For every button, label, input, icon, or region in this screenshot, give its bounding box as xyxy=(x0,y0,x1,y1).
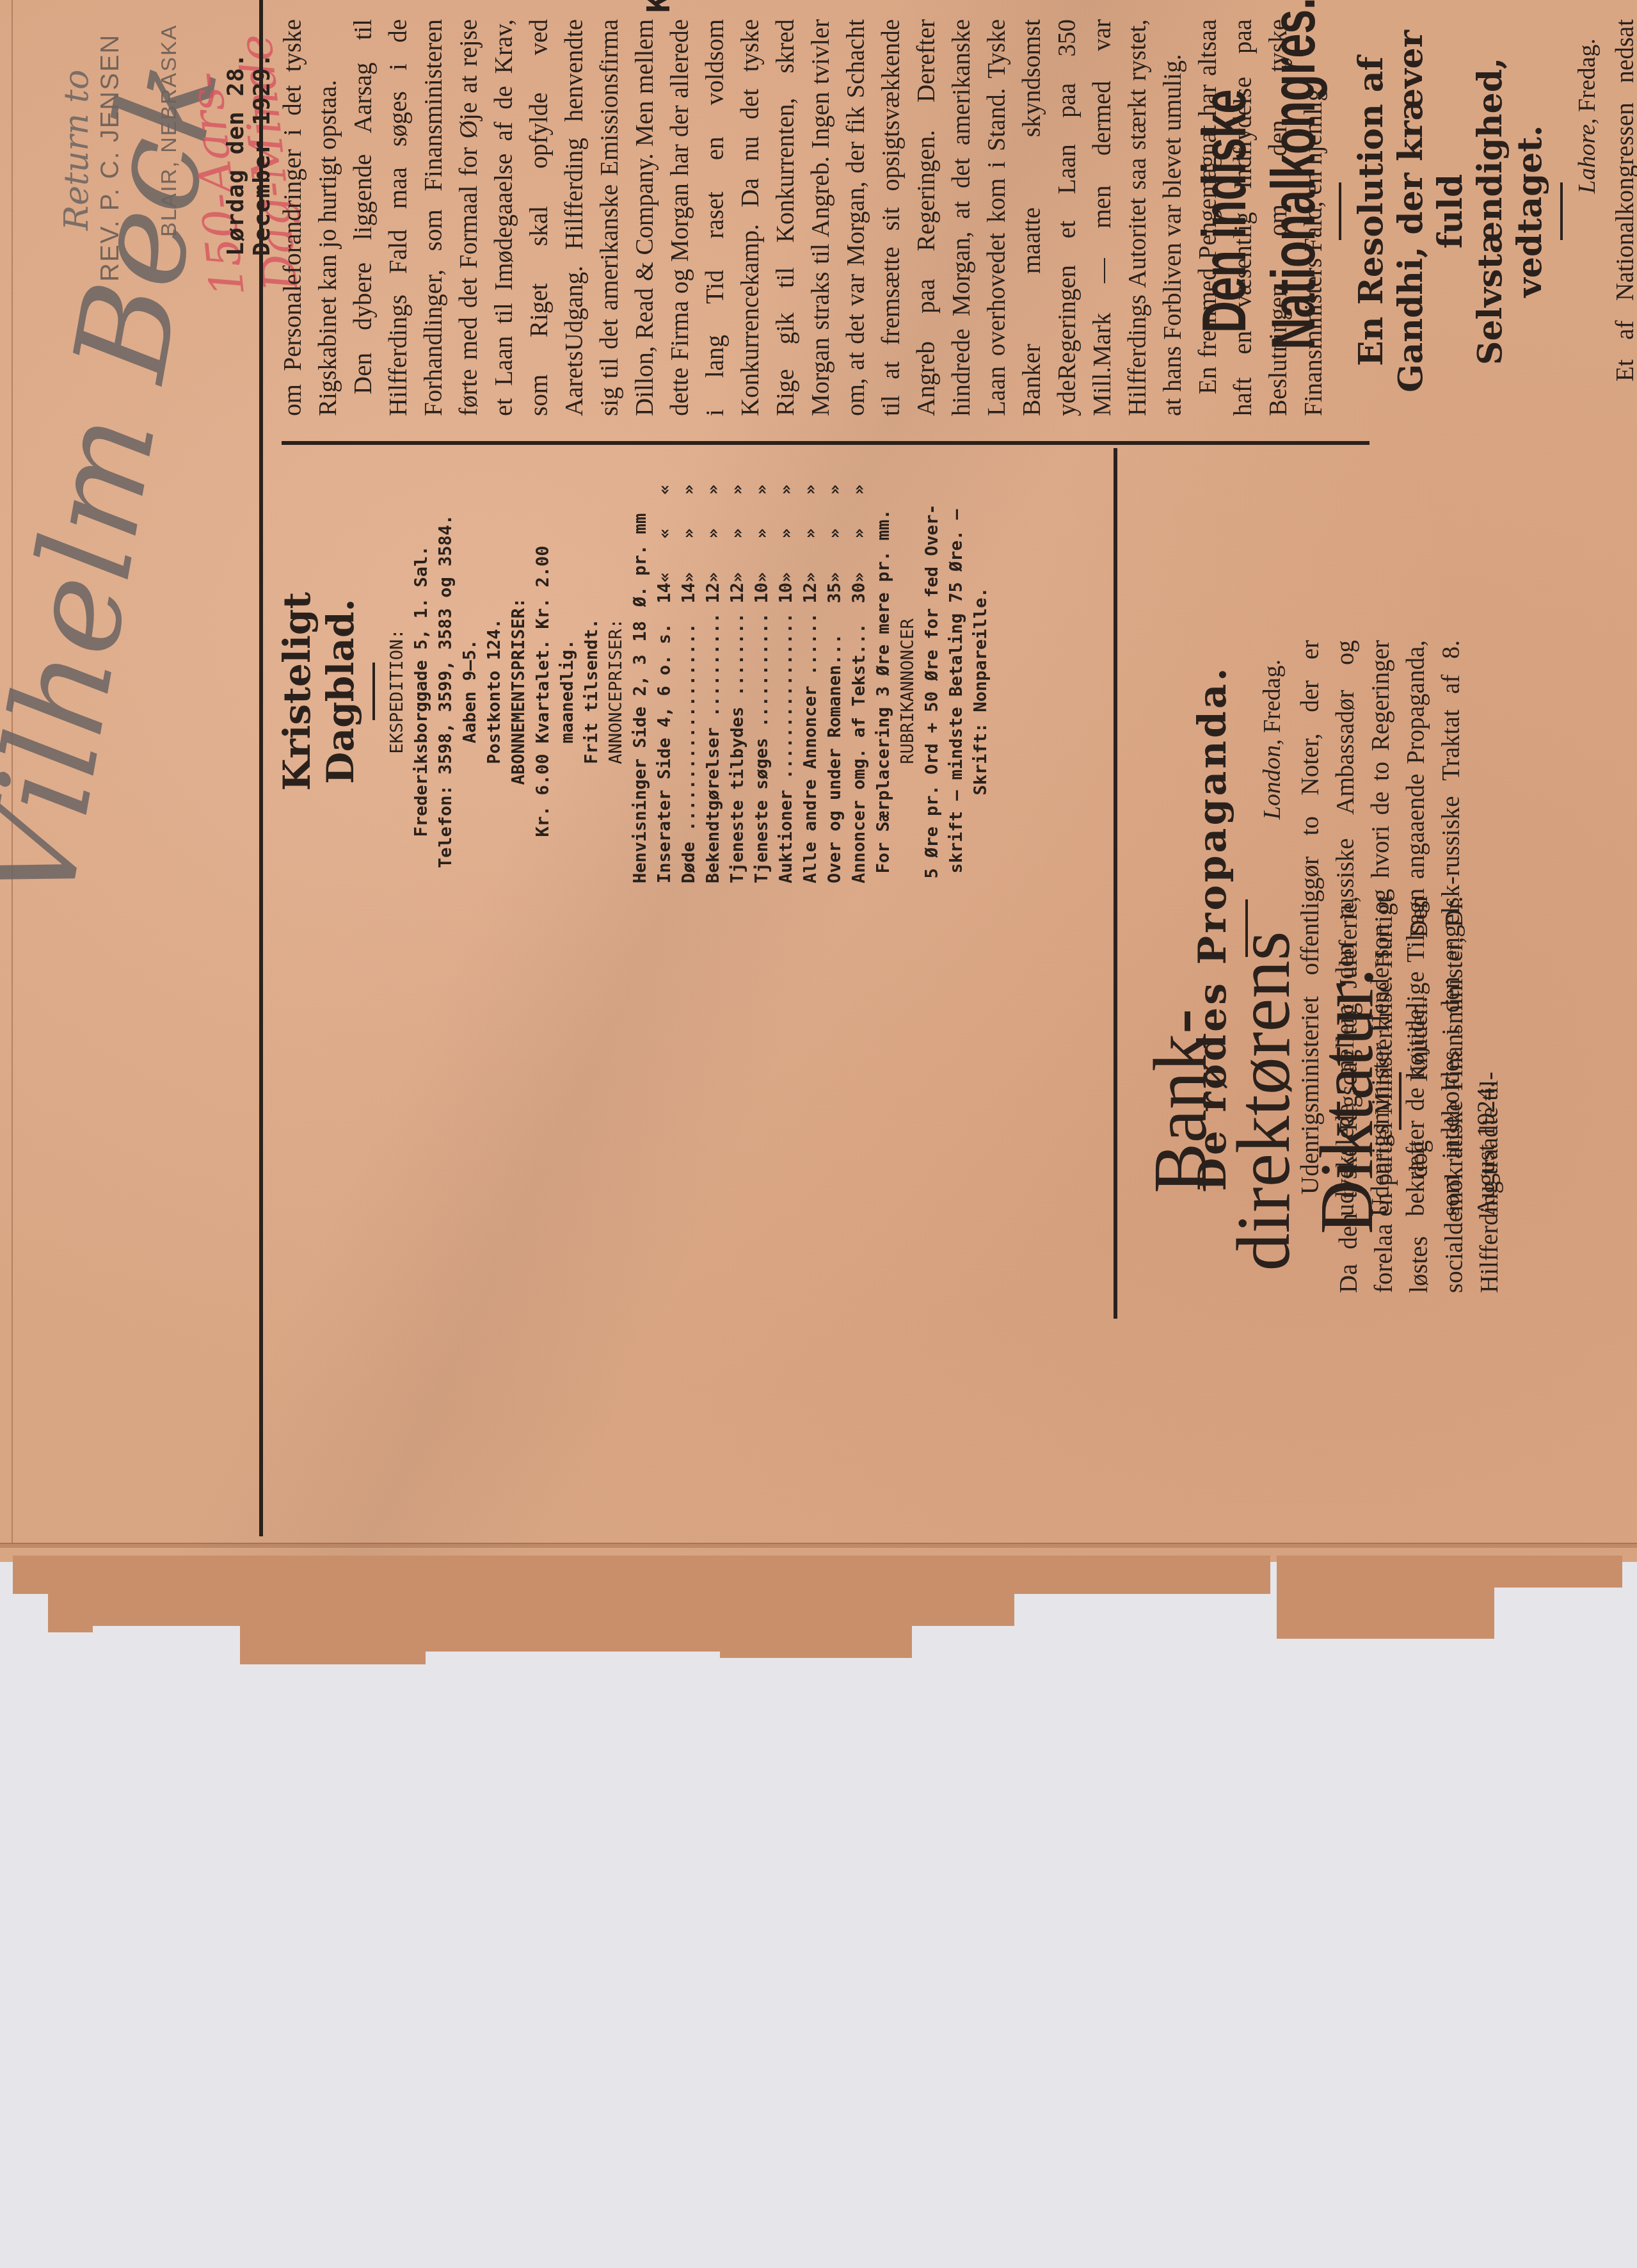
india-article: Den indiske Nationalkongres. En Resoluti… xyxy=(1190,19,1637,403)
divider xyxy=(1245,899,1248,957)
ad-rate-label: Bekendtgørelser .......... xyxy=(701,613,726,883)
dateline-place: London, xyxy=(1259,739,1286,820)
ad-rate-row: Over og under Romanen...35» » » xyxy=(823,499,847,883)
torn-edge xyxy=(1277,1556,1494,1639)
ad-rate-value: 30 xyxy=(847,583,872,613)
ad-rate-value: 10 xyxy=(750,583,774,613)
ad-rate-label: Alle andre Annoncer ...... xyxy=(799,613,823,883)
dateline-day: Fredag. xyxy=(1574,38,1601,112)
ad-rate-value: 14 xyxy=(653,583,677,613)
dateline-day: Fredag. xyxy=(1259,659,1286,733)
ad-rate-row: Døde ....................14» » » xyxy=(677,499,701,883)
ad-rate-unit: » » » xyxy=(750,499,774,583)
ad-rate-row: Tjeneste søges ...........10» » » xyxy=(750,499,774,883)
paragraph: Et af Nationalkongressen nedsat Udvalg h… xyxy=(1608,19,1637,403)
ad-rate-unit: » » » xyxy=(799,499,823,583)
ad-rate-label: Henvisninger Side 2, 3 og 5 xyxy=(628,652,653,883)
propaganda-headline: De rødes Propaganda. xyxy=(1190,640,1235,1216)
torn-edge xyxy=(93,1556,240,1626)
address: Frederiksborggade 5, 1. Sal. xyxy=(410,499,434,883)
ad-rate-value: 12 xyxy=(726,583,750,613)
ad-rate-value: 35 xyxy=(823,583,847,613)
torn-edge xyxy=(1494,1556,1622,1588)
opening-hours: Aaben 9—5. xyxy=(458,499,483,883)
torn-edge xyxy=(1014,1556,1270,1594)
ad-rate-value: 14 xyxy=(677,583,701,613)
torn-edge xyxy=(240,1556,426,1664)
ad-rate-unit: » » » xyxy=(774,499,799,583)
ad-rate-row: Annoncer omg. af Tekst...30» » » xyxy=(847,499,872,883)
ekspedition-title: EKSPEDITION: xyxy=(387,629,407,753)
ad-rate-label: Tjeneste søges ........... xyxy=(750,613,774,883)
issue-date: Lørdag den 28. December 1929. xyxy=(223,0,275,256)
ad-rate-value: 12 xyxy=(799,583,823,613)
section-rule xyxy=(1114,448,1117,1319)
ad-rate-unit: « « « xyxy=(653,499,677,583)
torn-edge xyxy=(720,1556,912,1658)
ad-prices-title: ANNONCEPRISER: xyxy=(606,618,626,764)
india-headline-1: Den indiske xyxy=(1190,73,1259,350)
rubrik-title: RUBRIKANNONCER xyxy=(898,618,918,764)
ad-rate-value: 12 xyxy=(701,583,726,613)
paragraph: om Personaleforandringer i det tyske Rig… xyxy=(275,19,346,416)
divider xyxy=(1560,182,1563,240)
postkonto: Postkonto 124. xyxy=(483,499,507,883)
torn-edge xyxy=(426,1556,720,1652)
ad-rate-row: Tjeneste tilbydes .........12» » » xyxy=(726,499,750,883)
ad-rate-unit: » » » xyxy=(726,499,750,583)
subscription-prices: Kr. 6.00 Kvartalet. Kr. 2.00 maanedlig. xyxy=(531,499,580,883)
paragraph: Den dybere liggende Aarsag til Hilfferdi… xyxy=(346,19,1190,416)
torn-edge xyxy=(48,1556,93,1632)
ad-rate-label: Inserater Side 4, 6 o. s. v. xyxy=(653,613,677,883)
subscription-title: ABONNEMENTSPRISER: xyxy=(507,499,531,883)
divider xyxy=(1339,182,1341,240)
india-headline-2: Nationalkongres. xyxy=(1259,73,1329,350)
ad-rate-label: Tjeneste tilbydes ......... xyxy=(726,613,750,883)
ad-rate-value: 10 xyxy=(774,583,799,613)
column-rule-top xyxy=(259,0,263,1536)
ad-rate-unit: » » » xyxy=(823,499,847,583)
ad-rate-row: Henvisninger Side 2, 3 og 518Ø. pr. mm xyxy=(628,499,653,883)
ad-rate-value: 18 xyxy=(628,621,653,652)
telephone: Telefon: 3598, 3599, 3583 og 3584. xyxy=(434,499,458,883)
ad-rate-row: Alle andre Annoncer ......12» » » xyxy=(799,499,823,883)
bank-article-column-2: om Personaleforandringer i det tyske Rig… xyxy=(275,19,1331,416)
masthead: Kristeligt Dagblad. xyxy=(275,499,362,883)
ad-rate-unit: Ø. pr. mm xyxy=(628,499,653,621)
divider xyxy=(372,663,375,720)
placement-note: For Særplacering 3 Øre mere pr. mm. xyxy=(872,499,896,883)
ad-rate-label: Auktioner ................ xyxy=(774,613,799,883)
ad-rate-unit: » » » xyxy=(847,499,872,583)
ad-rate-table: Henvisninger Side 2, 3 og 518Ø. pr. mmIn… xyxy=(628,499,872,883)
subscription-note: Frit tilsendt. xyxy=(580,499,604,883)
india-subhead: En Resolution af Gandhi, der kræver fuld… xyxy=(1352,19,1550,403)
ad-rate-row: Auktioner ................10» » » xyxy=(774,499,799,883)
rotated-page: Return to REV. P. C. JENSEN BLAIR, NEBRA… xyxy=(0,0,1637,1549)
info-box: Kristeligt Dagblad. EKSPEDITION: Frederi… xyxy=(275,499,993,883)
torn-edge xyxy=(13,1556,51,1594)
propaganda-article: De rødes Propaganda. London, Fredag. Ude… xyxy=(1190,640,1504,1216)
rubrik-text-2: skrift — mindste Betaling 75 Øre. — xyxy=(945,499,969,883)
ad-rate-row: Inserater Side 4, 6 o. s. v.14« « « xyxy=(653,499,677,883)
column-rule xyxy=(282,441,1369,445)
ad-rate-label: Døde .................... xyxy=(677,613,701,883)
ad-rate-row: Bekendtgørelser ..........12» » » xyxy=(701,499,726,883)
ad-rate-unit: » » » xyxy=(677,499,701,583)
dateline-place: Lahore, xyxy=(1574,118,1601,194)
ad-rate-label: Over og under Romanen... xyxy=(823,613,847,883)
paragraph: Udenrigsministeriet offentliggør to Note… xyxy=(1293,640,1504,1216)
ad-rate-unit: » » » xyxy=(701,499,726,583)
ad-rate-label: Annoncer omg. af Tekst... xyxy=(847,613,872,883)
rubrik-text-3: Skrift: Nonpareille. xyxy=(969,499,993,883)
rubrik-text-1: 5 Øre pr. Ord + 50 Øre for fed Over- xyxy=(920,499,945,883)
masthead-fragment: K xyxy=(640,0,677,13)
torn-edge xyxy=(912,1556,1014,1626)
